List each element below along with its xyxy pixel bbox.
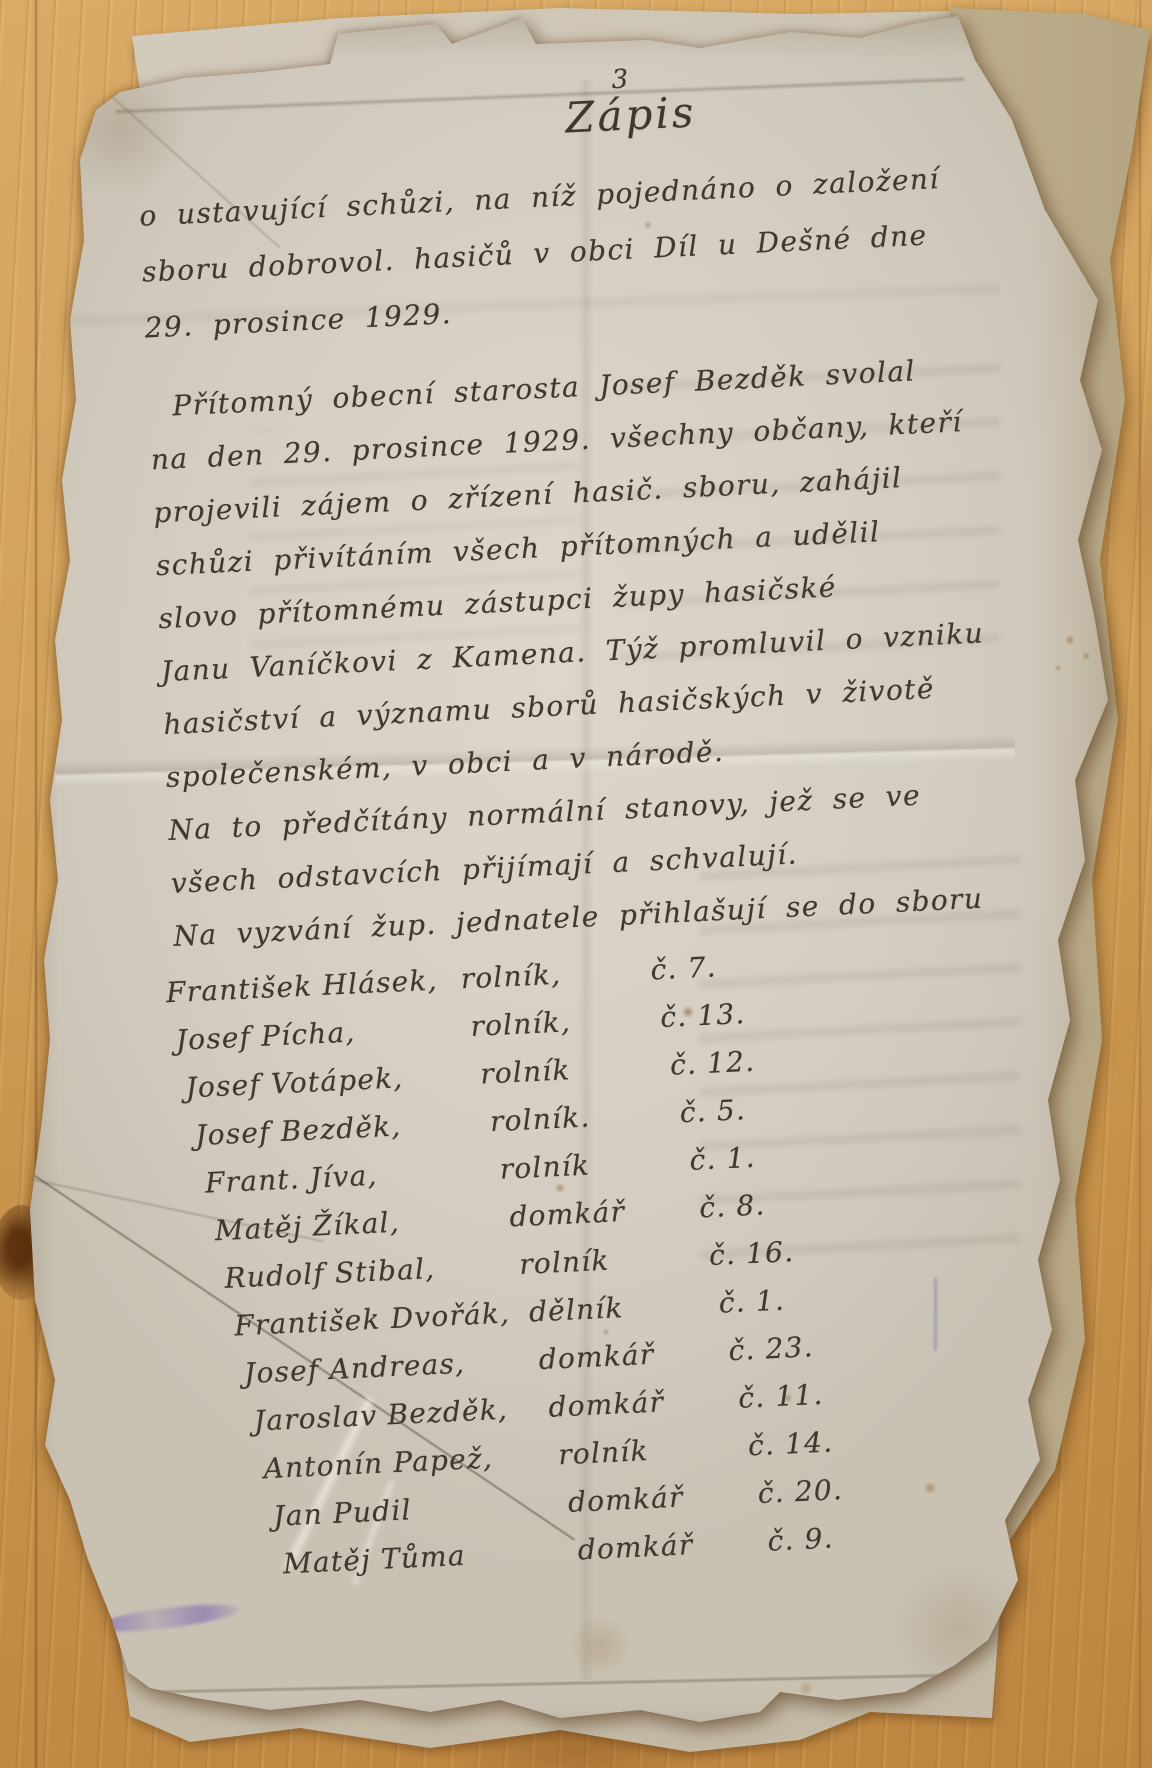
body-paragraph: Přítomný obecní starosta Josef Bezděk sv…	[109, 339, 1055, 965]
member-house-number: č. 13.	[660, 997, 747, 1034]
member-house-number: č. 11.	[738, 1378, 825, 1415]
member-house-number: č. 14.	[747, 1425, 834, 1462]
member-house-number: č. 16.	[708, 1235, 795, 1272]
violet-pencil-smudge	[94, 1599, 240, 1637]
member-occupation: domkář	[577, 1518, 769, 1575]
document-title: Zápis	[564, 72, 1018, 142]
member-house-number: č. 7.	[650, 950, 718, 986]
member-list: František Hlásek,rolník,č. 7.Josef Pícha…	[165, 927, 1085, 1592]
member-house-number: č. 20.	[757, 1473, 844, 1510]
handwritten-text: 3 Zápis o ustavující schůzi, na níž poje…	[97, 72, 1086, 1594]
photo-scene: 3 Zápis o ustavující schůzi, na níž poje…	[0, 0, 1152, 1768]
fold-crease	[140, 1673, 980, 1694]
member-house-number: č. 5.	[679, 1093, 747, 1129]
document-page: 3 Zápis o ustavující schůzi, na níž poje…	[0, 0, 1152, 1768]
member-house-number: č. 9.	[767, 1521, 835, 1557]
page-number-mark: 3	[611, 65, 629, 96]
intro-paragraph: o ustavující schůzi, na níž pojednáno o …	[100, 147, 1027, 358]
member-house-number: č. 8.	[699, 1188, 767, 1224]
member-house-number: č. 1.	[718, 1284, 786, 1320]
member-house-number: č. 1.	[689, 1141, 757, 1177]
member-house-number: č. 23.	[728, 1330, 815, 1367]
member-house-number: č. 12.	[669, 1045, 756, 1082]
